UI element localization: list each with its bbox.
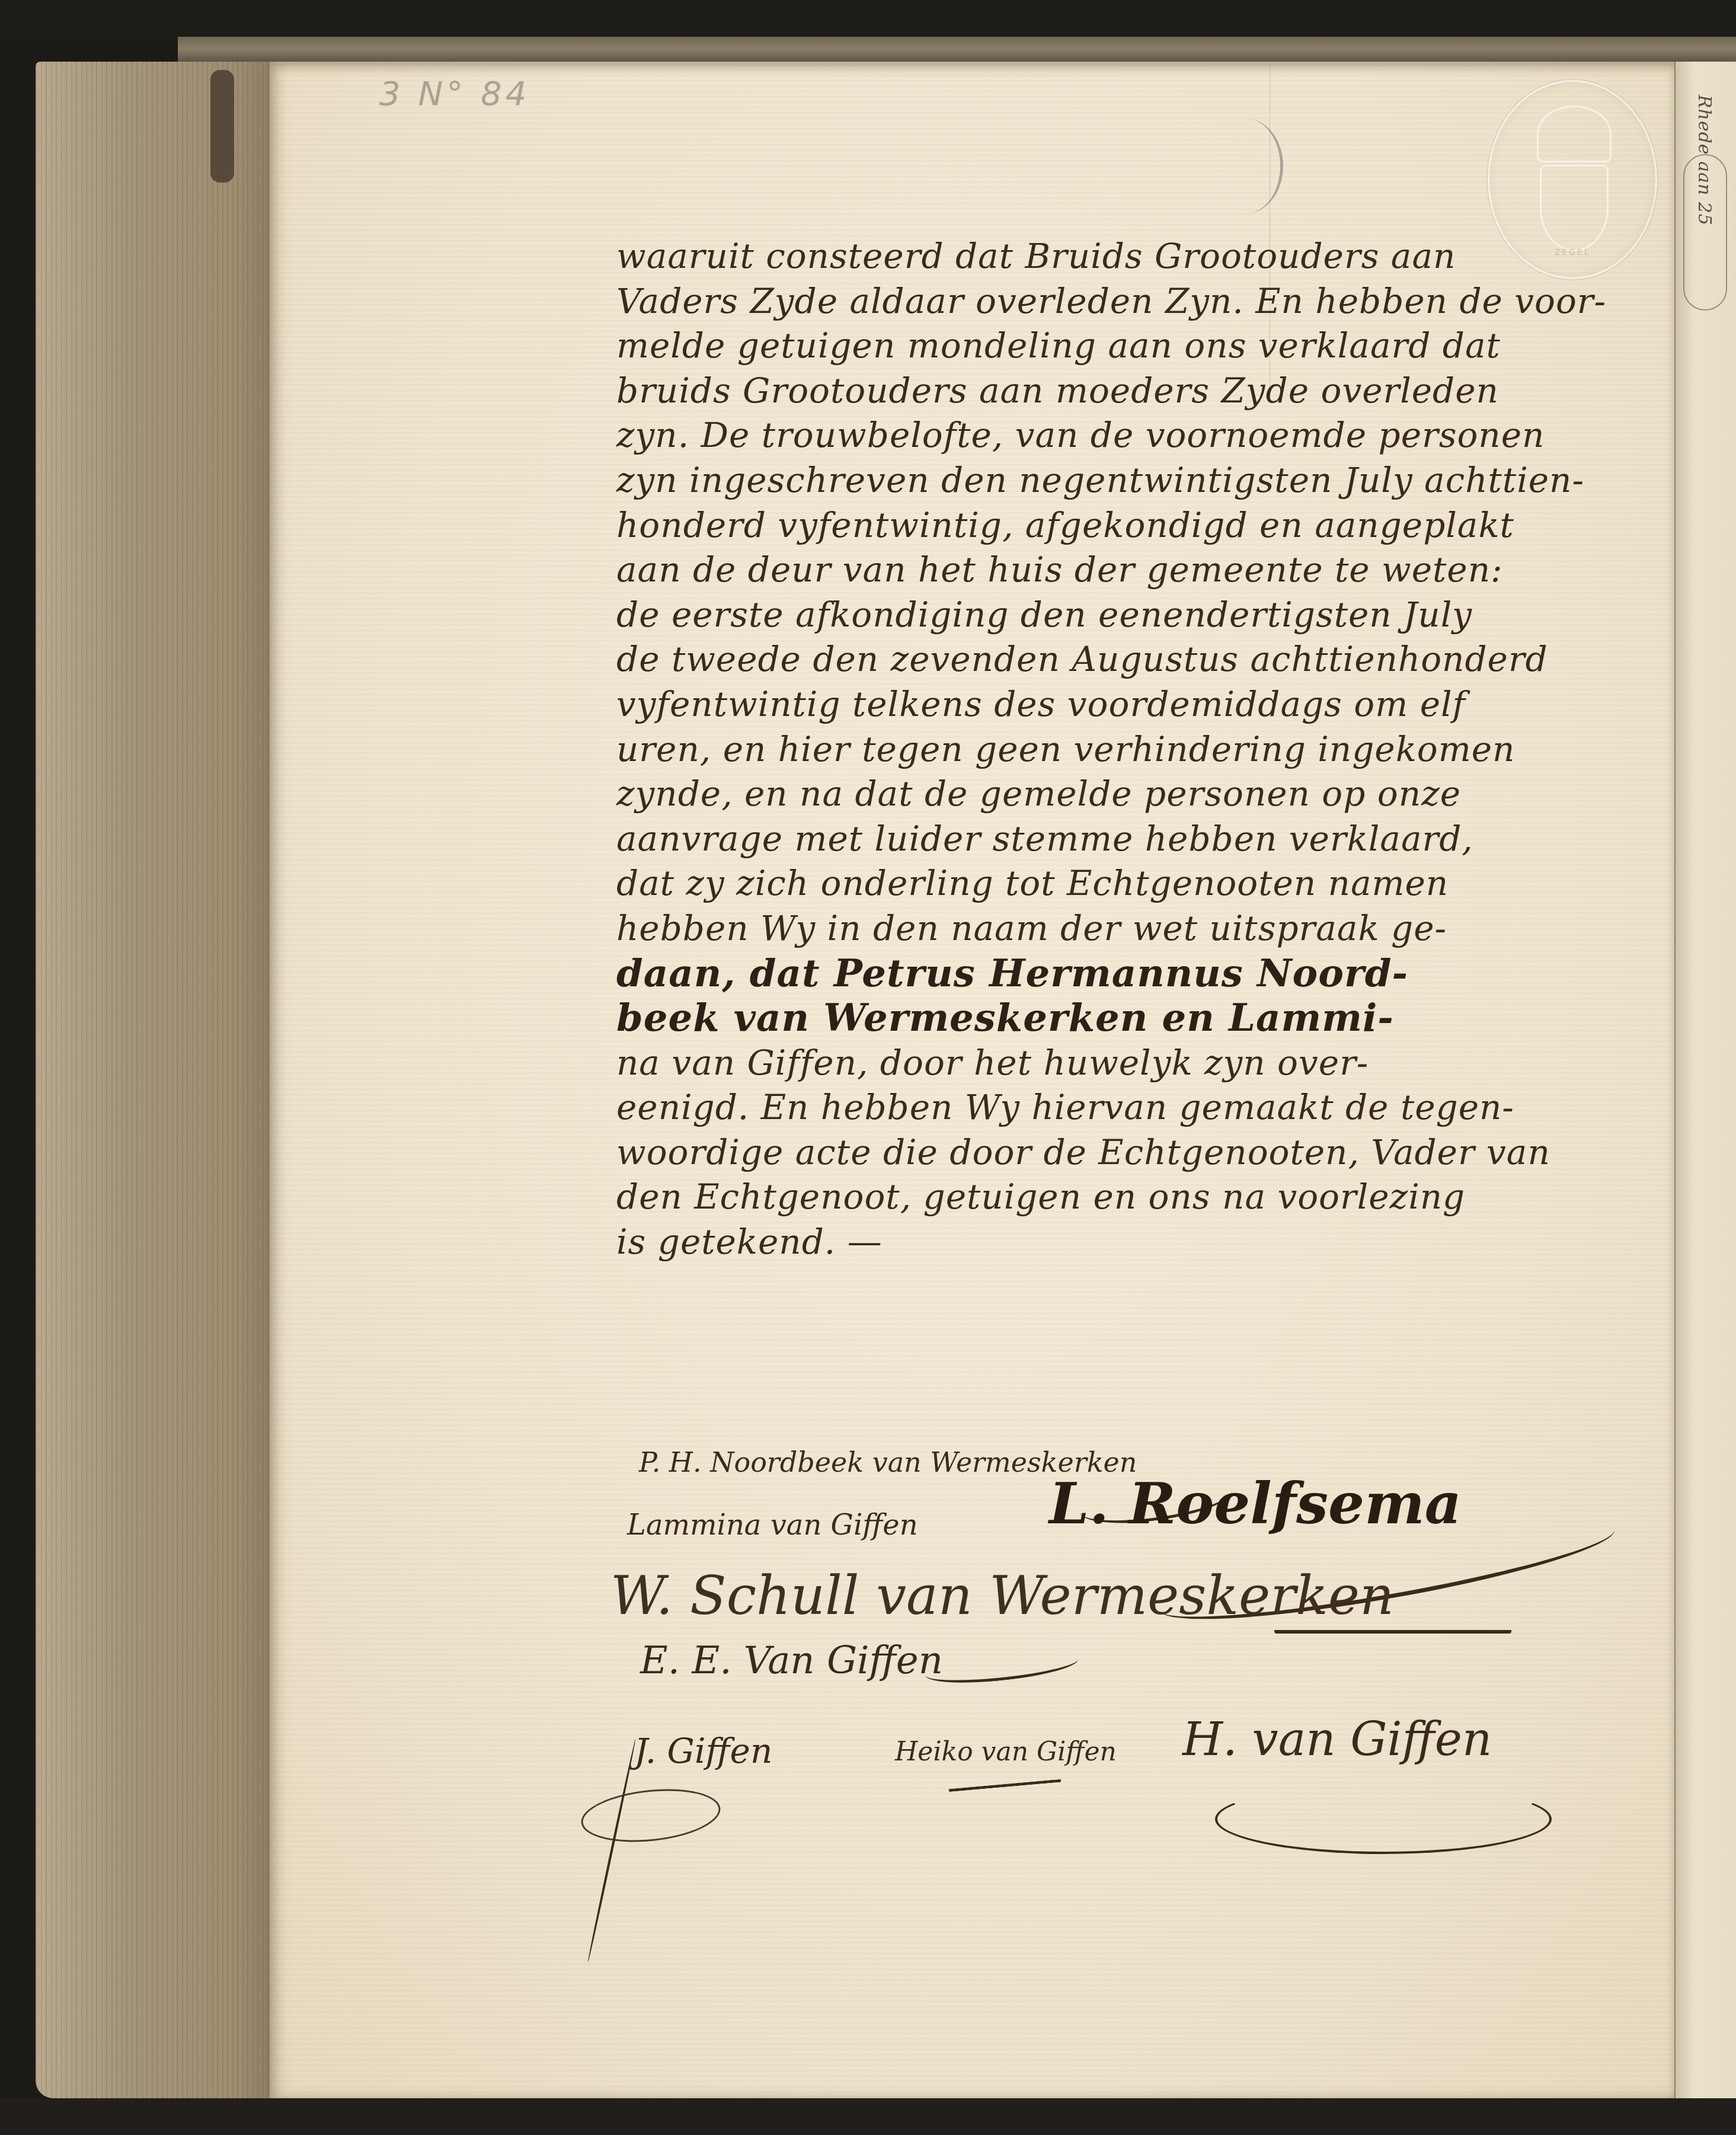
body-line: vyfentwintig telkens des voordemiddags o…	[616, 682, 1660, 727]
book-page-edges	[36, 62, 270, 2098]
body-line: Vaders Zyde aldaar overleden Zyn. En heb…	[616, 279, 1660, 324]
page-edge-stain	[210, 70, 234, 183]
body-line: aanvrage met luider stemme hebben verkla…	[616, 817, 1660, 862]
body-line: honderd vyfentwintig, afgekondigd en aan…	[616, 503, 1660, 548]
folio-mark: 3 N° 84	[379, 75, 530, 113]
scan-background-top	[0, 0, 1736, 37]
signature-witness: Heiko van Giffen	[895, 1737, 1117, 1767]
signature-groom-father: W. Schull van Wermeskerken	[610, 1565, 1394, 1627]
crown-icon	[1537, 106, 1612, 162]
body-line: eenigd. En hebben Wy hiervan gemaakt de …	[616, 1085, 1660, 1130]
pencil-mark	[1209, 119, 1283, 213]
signature-witness: J. Giffen	[634, 1731, 772, 1771]
body-line: waaruit consteerd dat Bruids Grootouders…	[616, 234, 1660, 279]
body-line: is getekend. —	[616, 1220, 1660, 1265]
scan-background-bottom	[0, 2098, 1736, 2135]
body-line: woordige acte die door de Echtgenooten, …	[616, 1130, 1660, 1175]
signature-underline	[1274, 1624, 1511, 1634]
signature-flourish	[1215, 1784, 1552, 1854]
body-line: zynde, en na dat de gemelde personen op …	[616, 772, 1660, 817]
body-line: na van Giffen, door het huwelyk zyn over…	[616, 1041, 1660, 1086]
body-line-names: beek van Wermeskerken en Lammi-	[616, 996, 1660, 1041]
signature-bride: Lammina van Giffen	[627, 1508, 918, 1542]
body-line: de tweede den zevenden Augustus achttien…	[616, 637, 1660, 682]
next-page-edge	[1674, 62, 1736, 2098]
body-line-names: daan, dat Petrus Hermannus Noord-	[616, 951, 1660, 996]
signature-witness: E. E. Van Giffen	[640, 1639, 943, 1683]
body-line: aan de deur van het huis der gemeente te…	[616, 548, 1660, 593]
body-line: zyn. De trouwbelofte, van de voornoemde …	[616, 413, 1660, 458]
book-top-edge	[178, 37, 1736, 62]
body-line: melde getuigen mondeling aan ons verklaa…	[616, 324, 1660, 369]
body-line: uren, en hier tegen geen verhindering in…	[616, 727, 1660, 772]
signature-official: L. Roelfsema	[1049, 1470, 1462, 1537]
body-line: zyn ingeschreven den negentwintigsten Ju…	[616, 458, 1660, 503]
body-line: den Echtgenoot, getuigen en ons na voorl…	[616, 1175, 1660, 1220]
margin-note: Rhede aan 25	[1694, 95, 1715, 226]
record-body: waaruit consteerd dat Bruids Grootouders…	[616, 234, 1660, 1265]
body-line: bruids Grootouders aan moeders Zyde over…	[616, 369, 1660, 414]
body-line: dat zy zich onderling tot Echtgenooten n…	[616, 861, 1660, 906]
body-line: de eerste afkondiging den eenendertigste…	[616, 593, 1660, 638]
body-line: hebben Wy in den naam der wet uitspraak …	[616, 906, 1660, 951]
signature-witness: H. van Giffen	[1182, 1713, 1492, 1766]
